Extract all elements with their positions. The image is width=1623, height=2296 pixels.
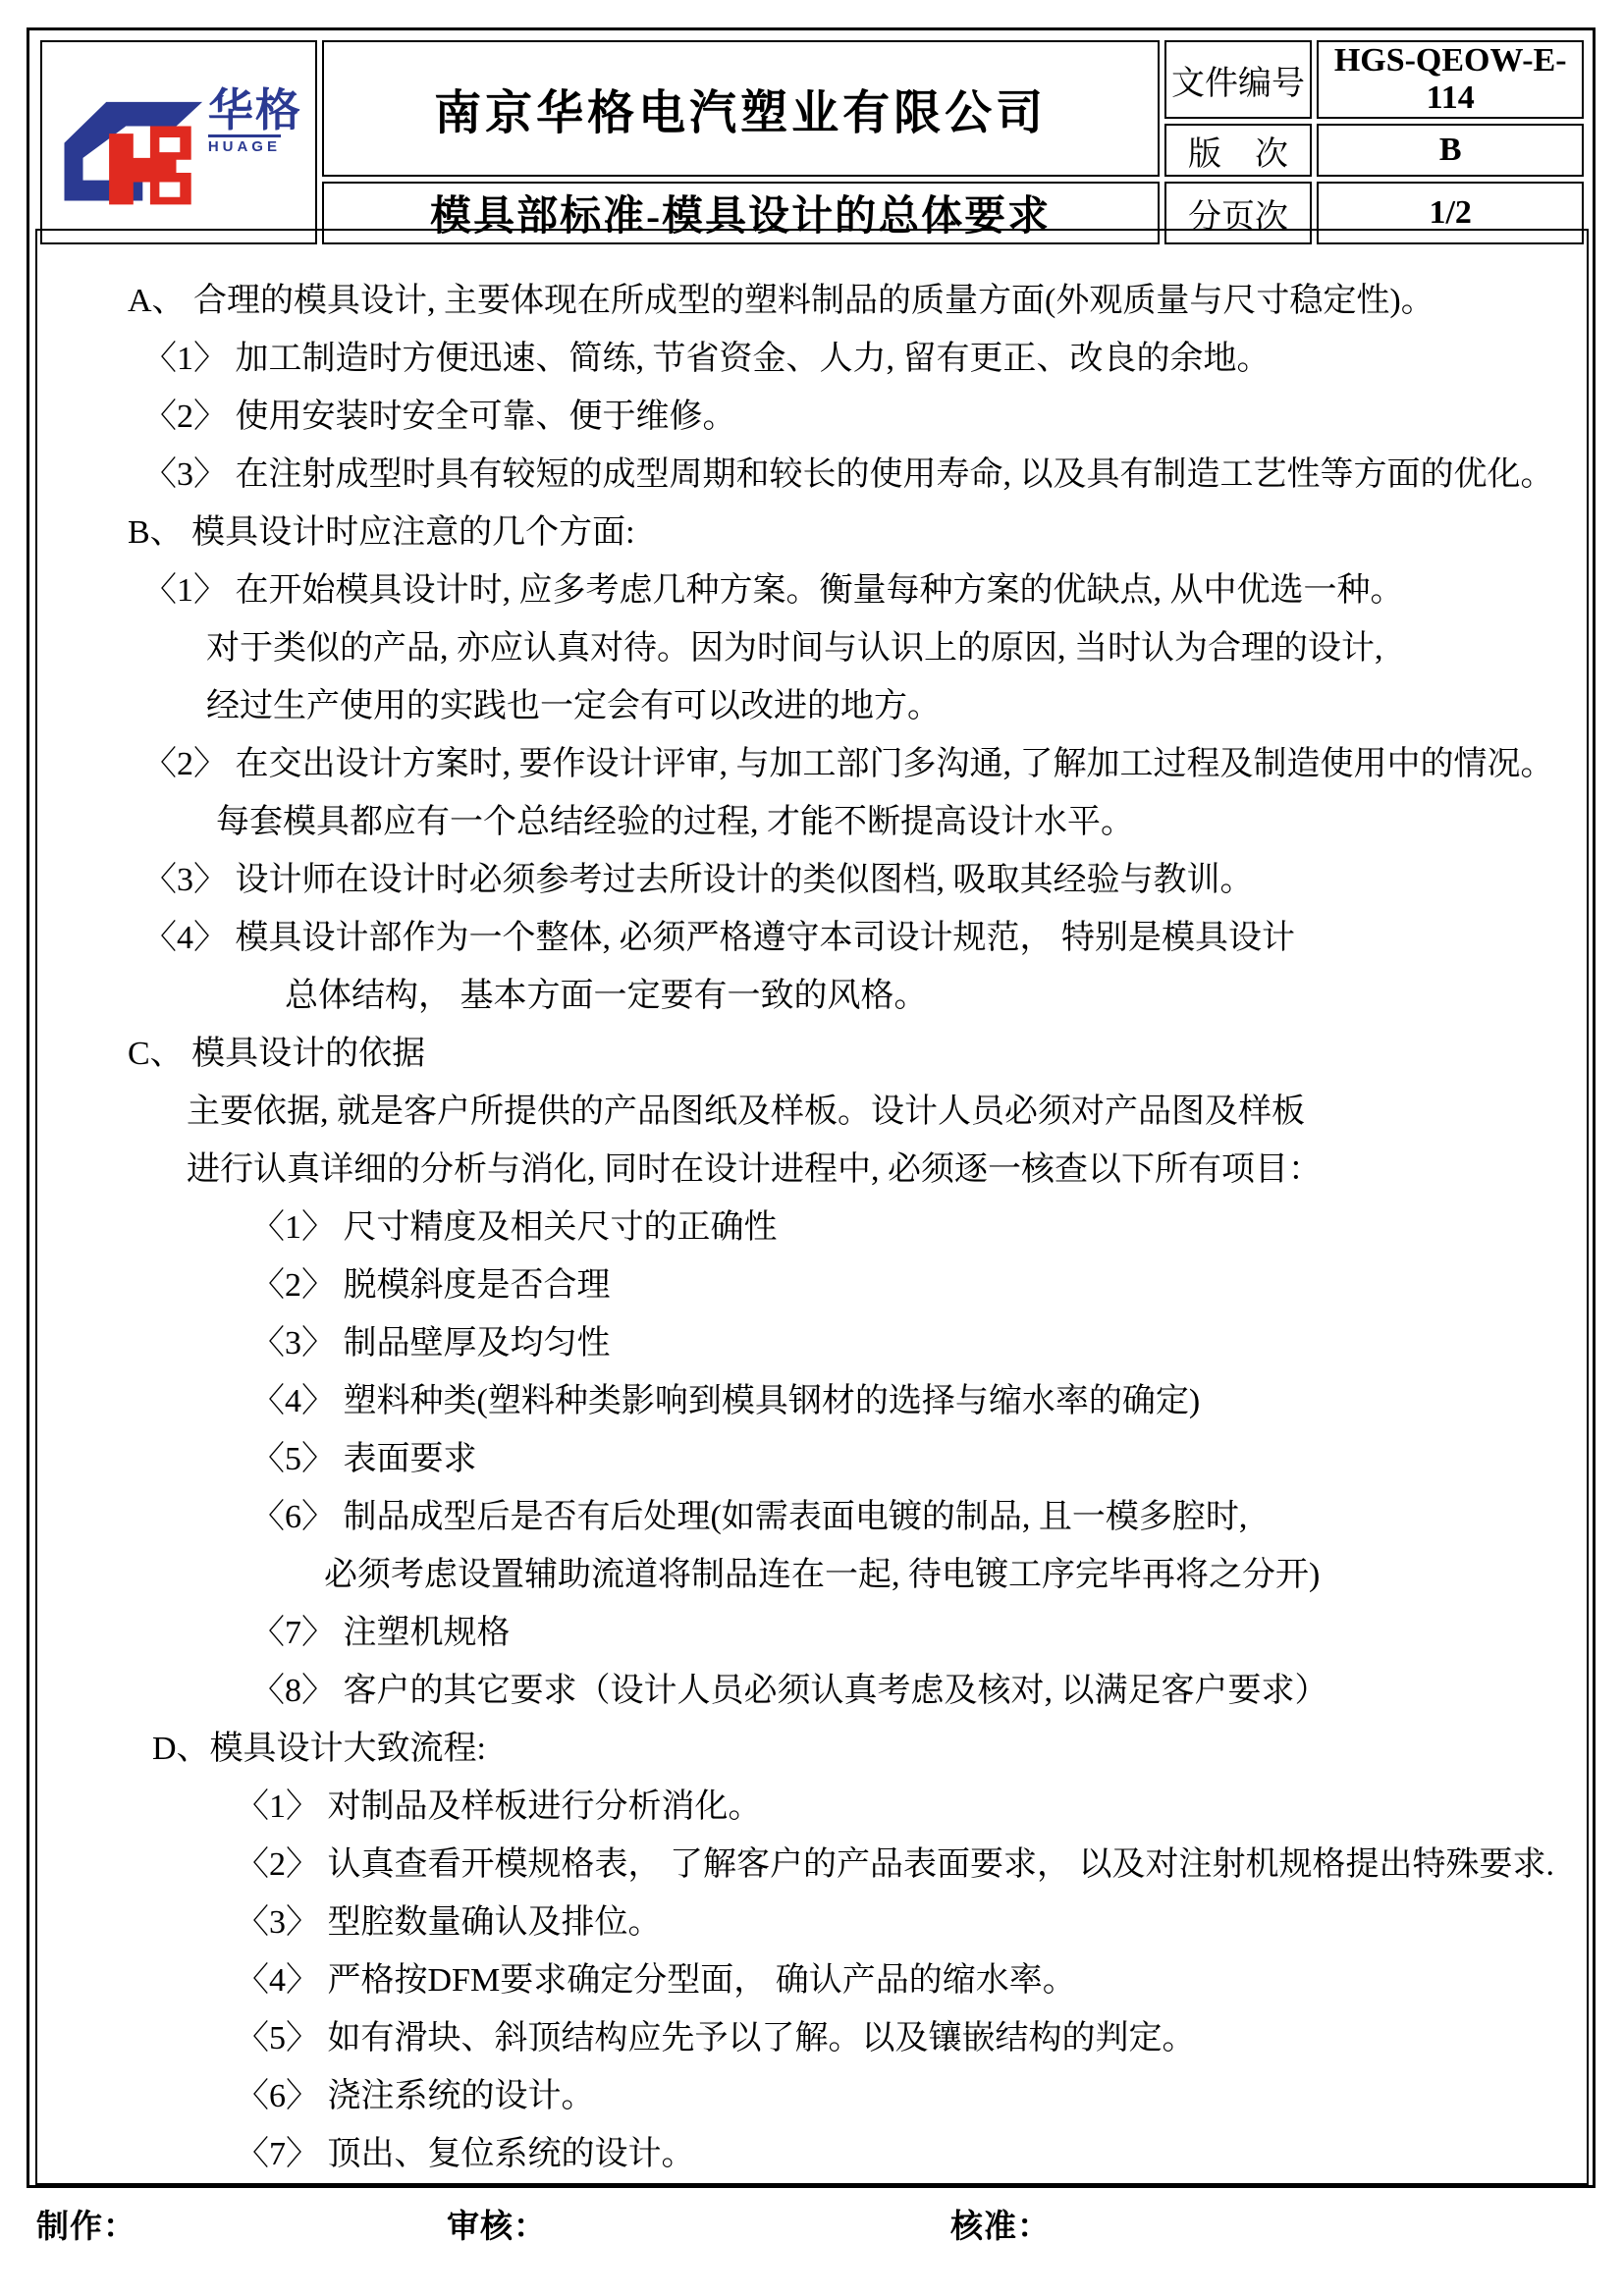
body-line: 〈7〉 顶出、复位系统的设计。 — [236, 2125, 1587, 2183]
footer-approve-label: 核准： — [950, 2201, 1051, 2247]
body-line: 〈2〉 认真查看开模规格表， 了解客户的产品表面要求， 以及对注射机规格提出特殊… — [236, 1836, 1587, 1894]
logo-text-en: HUAGE — [208, 134, 281, 155]
body-line: 〈7〉 注塑机规格 — [251, 1604, 1587, 1662]
body-line: 〈1〉 加工制造时方便迅速、简练, 节省资金、人力, 留有更正、改良的余地。 — [143, 330, 1587, 388]
body-line: 总体结构， 基本方面一定要有一致的风格。 — [285, 967, 1587, 1025]
body-line: D、模具设计大致流程: — [152, 1720, 1587, 1778]
body-line: 〈6〉 浇注系统的设计。 — [236, 2067, 1587, 2125]
huage-logo-icon — [55, 97, 204, 213]
document-page: 华格 HUAGE 南京华格电汽塑业有限公司 文件编号 HGS-QEOW-E-11… — [0, 0, 1623, 2296]
doc-number-value: HGS-QEOW-E-114 — [1317, 40, 1584, 119]
huage-logo: 华格 HUAGE — [42, 72, 315, 213]
body-line: 〈4〉 模具设计部作为一个整体, 必须严格遵守本司设计规范， 特别是模具设计 — [143, 909, 1587, 967]
body-line: 经过生产使用的实践也一定会有可以改进的地方。 — [206, 677, 1587, 735]
body-line: 〈3〉 设计师在设计时必须参考过去所设计的类似图档, 吸取其经验与教训。 — [143, 851, 1587, 909]
body-line: 〈4〉 塑料种类(塑料种类影响到模具钢材的选择与缩水率的确定) — [251, 1372, 1587, 1430]
version-value: B — [1317, 124, 1584, 177]
body-line: 必须考虑设置辅助流道将制品连在一起, 待电镀工序完毕再将之分开) — [324, 1546, 1587, 1604]
body-line: 〈2〉 在交出设计方案时, 要作设计评审, 与加工部门多沟通, 了解加工过程及制… — [143, 735, 1587, 793]
footer: 制作： 审核： 核准： — [0, 2201, 1623, 2260]
document-body: A、 合理的模具设计, 主要体现在所成型的塑料制品的质量方面(外观质量与尺寸稳定… — [35, 229, 1589, 2185]
footer-review-label: 审核： — [447, 2201, 547, 2247]
logo-text-cn: 华格 — [208, 87, 302, 133]
body-line: 〈3〉 在注射成型时具有较短的成型周期和较长的使用寿命, 以及具有制造工艺性等方… — [143, 446, 1587, 504]
body-line: 每套模具都应有一个总结经验的过程, 才能不断提高设计水平。 — [216, 793, 1587, 851]
body-line: 〈4〉 严格按DFM要求确定分型面， 确认产品的缩水率。 — [236, 1951, 1587, 2009]
body-line: 〈2〉 使用安装时安全可靠、便于维修。 — [143, 388, 1587, 446]
body-line: 〈5〉 表面要求 — [251, 1430, 1587, 1488]
body-line: 〈3〉 制品壁厚及均匀性 — [251, 1314, 1587, 1372]
body-line: 〈5〉 如有滑块、斜顶结构应先予以了解。以及镶嵌结构的判定。 — [236, 2009, 1587, 2067]
body-line: C、 模具设计的依据 — [128, 1025, 1587, 1083]
company-name: 南京华格电汽塑业有限公司 — [322, 40, 1160, 177]
doc-number-label: 文件编号 — [1164, 40, 1313, 119]
body-line: 主要依据, 就是客户所提供的产品图纸及样板。设计人员必须对产品图及样板 — [187, 1083, 1587, 1141]
body-line: B、 模具设计时应注意的几个方面: — [128, 504, 1587, 561]
body-line: 〈1〉 在开始模具设计时, 应多考虑几种方案。衡量每种方案的优缺点, 从中优选一… — [143, 561, 1587, 619]
body-line: 〈8〉 客户的其它要求（设计人员必须认真考虑及核对, 以满足客户要求） — [251, 1662, 1587, 1720]
footer-made-label: 制作： — [36, 2201, 136, 2247]
body-line: 进行认真详细的分析与消化, 同时在设计进程中, 必须逐一核查以下所有项目： — [187, 1141, 1587, 1199]
logo-cell: 华格 HUAGE — [40, 40, 317, 244]
body-line: 〈1〉 尺寸精度及相关尺寸的正确性 — [251, 1199, 1587, 1256]
body-line: 〈1〉 对制品及样板进行分析消化。 — [236, 1778, 1587, 1836]
logo-text-block: 华格 HUAGE — [208, 87, 302, 155]
body-line: A、 合理的模具设计, 主要体现在所成型的塑料制品的质量方面(外观质量与尺寸稳定… — [128, 272, 1587, 330]
header-table: 华格 HUAGE 南京华格电汽塑业有限公司 文件编号 HGS-QEOW-E-11… — [35, 35, 1589, 249]
body-line: 〈3〉 型腔数量确认及排位。 — [236, 1894, 1587, 1951]
body-line: 对于类似的产品, 亦应认真对待。因为时间与认识上的原因, 当时认为合理的设计, — [206, 619, 1587, 677]
version-label: 版 次 — [1164, 124, 1313, 177]
body-line: 〈2〉 脱模斜度是否合理 — [251, 1256, 1587, 1314]
body-line: 〈6〉 制品成型后是否有后处理(如需表面电镀的制品, 且一模多腔时, — [251, 1488, 1587, 1546]
